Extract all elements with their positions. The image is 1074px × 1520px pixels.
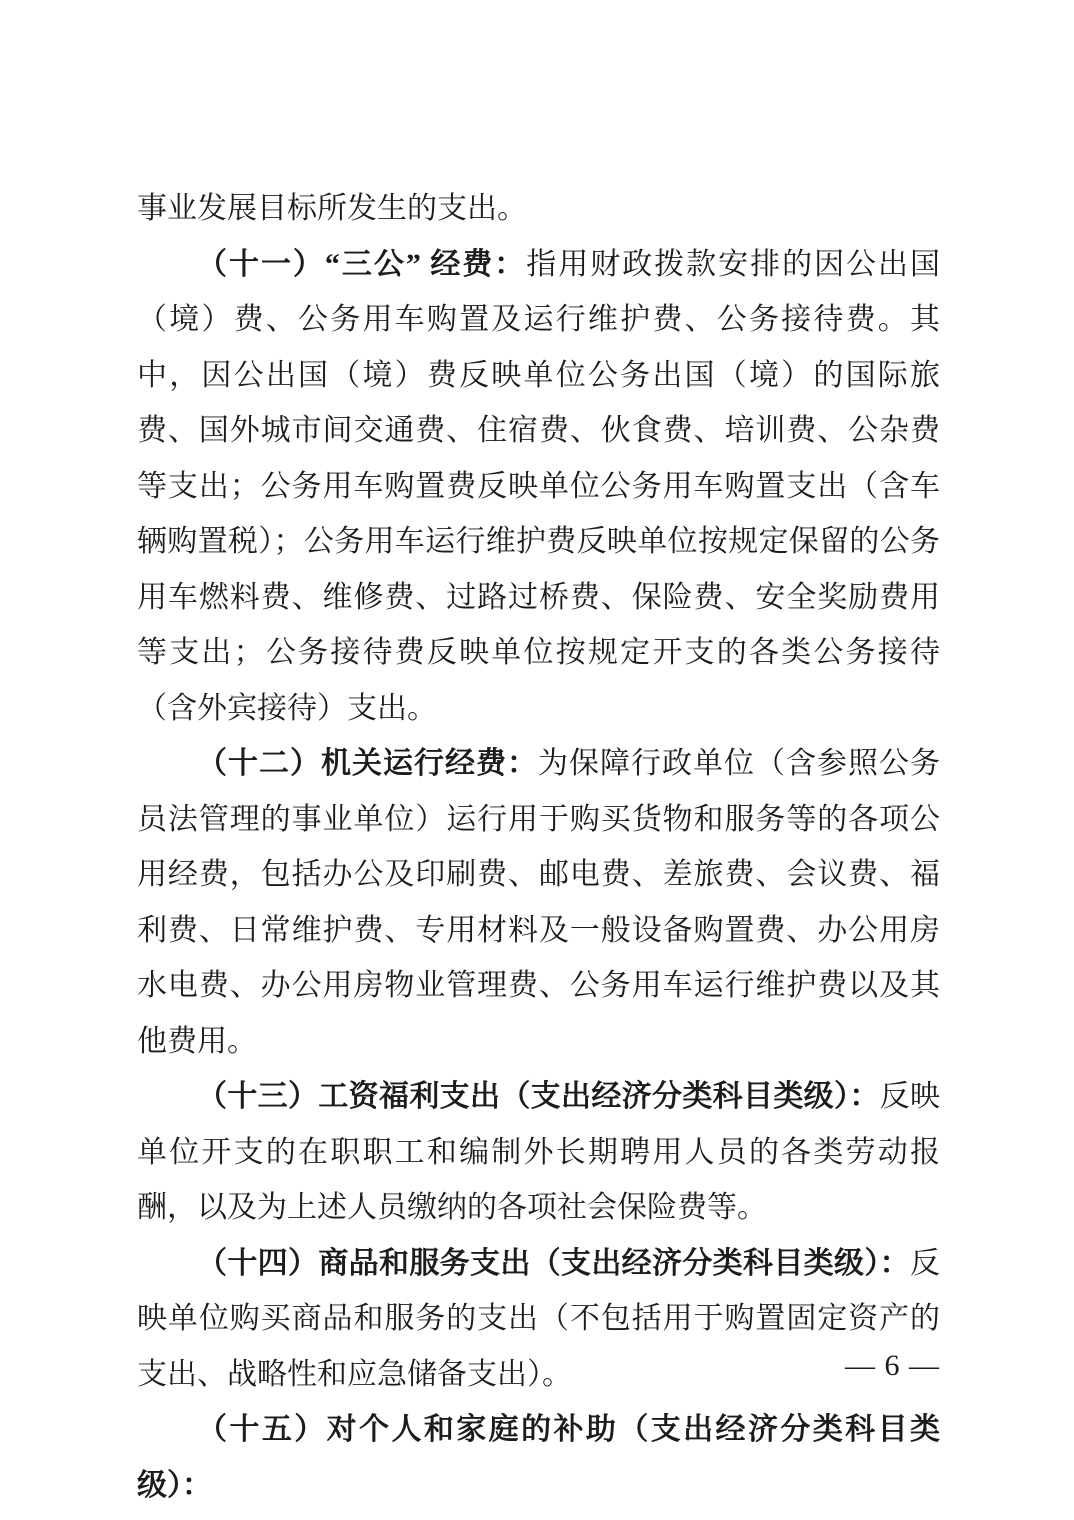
paragraph-lead: （十四）商品和服务支出（支出经济分类科目类级）：: [197, 1247, 910, 1280]
page-footer: — 6 —: [845, 1348, 940, 1384]
paragraph-text: 为保障行政单位（含参照公务员法管理的事业单位）运行用于购买货物和服务等的各项公用…: [137, 747, 940, 1058]
paragraph-text: 事业发展目标所发生的支出。: [137, 192, 527, 225]
paragraph: （十三）工资福利支出（支出经济分类科目类级）：反映单位开支的在职职工和编制外长期…: [137, 1069, 940, 1236]
paragraph-lead: （十五）对个人和家庭的补助（支出经济分类科目类级）：: [137, 1413, 940, 1502]
page-number: — 6 —: [845, 1349, 940, 1382]
paragraph-lead: （十二）机关运行经费：: [197, 747, 538, 780]
paragraph-lead: （十三）工资福利支出（支出经济分类科目类级）：: [197, 1080, 880, 1113]
paragraph: （十五）对个人和家庭的补助（支出经济分类科目类级）：: [137, 1402, 940, 1513]
document-body: 事业发展目标所发生的支出。 （十一）“三公” 经费：指用财政拨款安排的因公出国（…: [137, 181, 940, 1513]
paragraph: 事业发展目标所发生的支出。: [137, 181, 940, 237]
paragraph: （十二）机关运行经费：为保障行政单位（含参照公务员法管理的事业单位）运行用于购买…: [137, 736, 940, 1069]
document-page: 事业发展目标所发生的支出。 （十一）“三公” 经费：指用财政拨款安排的因公出国（…: [0, 0, 1074, 1520]
paragraph-lead: （十一）“三公” 经费：: [197, 248, 526, 281]
paragraph: （十一）“三公” 经费：指用财政拨款安排的因公出国（境）费、公务用车购置及运行维…: [137, 237, 940, 737]
paragraph: （十四）商品和服务支出（支出经济分类科目类级）：反映单位购买商品和服务的支出（不…: [137, 1236, 940, 1403]
paragraph-text: 指用财政拨款安排的因公出国（境）费、公务用车购置及运行维护费、公务接待费。其中，…: [137, 248, 940, 725]
